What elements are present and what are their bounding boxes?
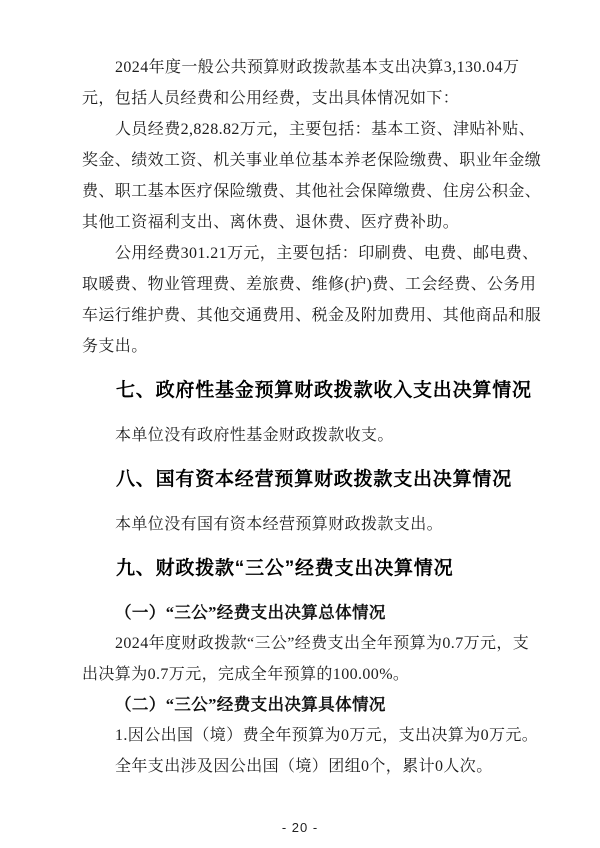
subheading-specific-situation: （二）“三公”经费支出决算具体情况	[82, 690, 518, 720]
para-overseas-trip-groups: 全年支出涉及因公出国（境）团组0个，累计0人次。	[82, 751, 518, 782]
para-three-public-budget-line1: 2024年度财政拨款“三公”经费支出全年预算为0.7万元，支	[82, 628, 518, 659]
para-public-expense-line4: 务支出。	[82, 331, 518, 362]
para-public-expense-line2: 取暖费、物业管理费、差旅费、维修(护)费、工会经费、公务用	[82, 269, 518, 300]
para-basic-expense-line2: 元，包括人员经费和公用经费，支出具体情况如下：	[82, 83, 518, 114]
para-government-fund-none: 本单位没有政府性基金财政拨款收支。	[82, 420, 518, 451]
para-public-expense-line3: 车运行维护费、其他交通费用、税金及附加费用、其他商品和服	[82, 300, 518, 331]
para-personnel-expense-line2: 奖金、绩效工资、机关事业单位基本养老保险缴费、职业年金缴	[82, 145, 518, 176]
subheading-overall-situation: （一）“三公”经费支出决算总体情况	[82, 598, 518, 628]
para-public-expense-line1: 公用经费301.21万元，主要包括：印刷费、电费、邮电费、	[82, 238, 518, 269]
para-three-public-budget-line2: 出决算为0.7万元，完成全年预算的100.00%。	[82, 659, 518, 690]
section-heading-9-three-public-funds: 九、财政拨款“三公”经费支出决算情况	[82, 554, 518, 584]
para-overseas-trip-expense: 1.因公出国（境）费全年预算为0万元，支出决算为0万元。	[82, 720, 518, 751]
section-heading-7-government-fund: 七、政府性基金预算财政拨款收入支出决算情况	[82, 376, 518, 406]
para-personnel-expense-line1: 人员经费2,828.82万元，主要包括：基本工资、津贴补贴、	[82, 114, 518, 145]
page-number: - 20 -	[0, 820, 600, 835]
section-heading-8-state-capital: 八、国有资本经营预算财政拨款支出决算情况	[82, 465, 518, 495]
para-basic-expense-line1: 2024年度一般公共预算财政拨款基本支出决算3,130.04万	[82, 52, 518, 83]
para-personnel-expense-line4: 其他工资福利支出、离休费、退休费、医疗费补助。	[82, 207, 518, 238]
para-state-capital-none: 本单位没有国有资本经营预算财政拨款支出。	[82, 509, 518, 540]
para-personnel-expense-line3: 费、职工基本医疗保险缴费、其他社会保障缴费、住房公积金、	[82, 176, 518, 207]
document-page: 2024年度一般公共预算财政拨款基本支出决算3,130.04万 元，包括人员经费…	[0, 0, 600, 848]
